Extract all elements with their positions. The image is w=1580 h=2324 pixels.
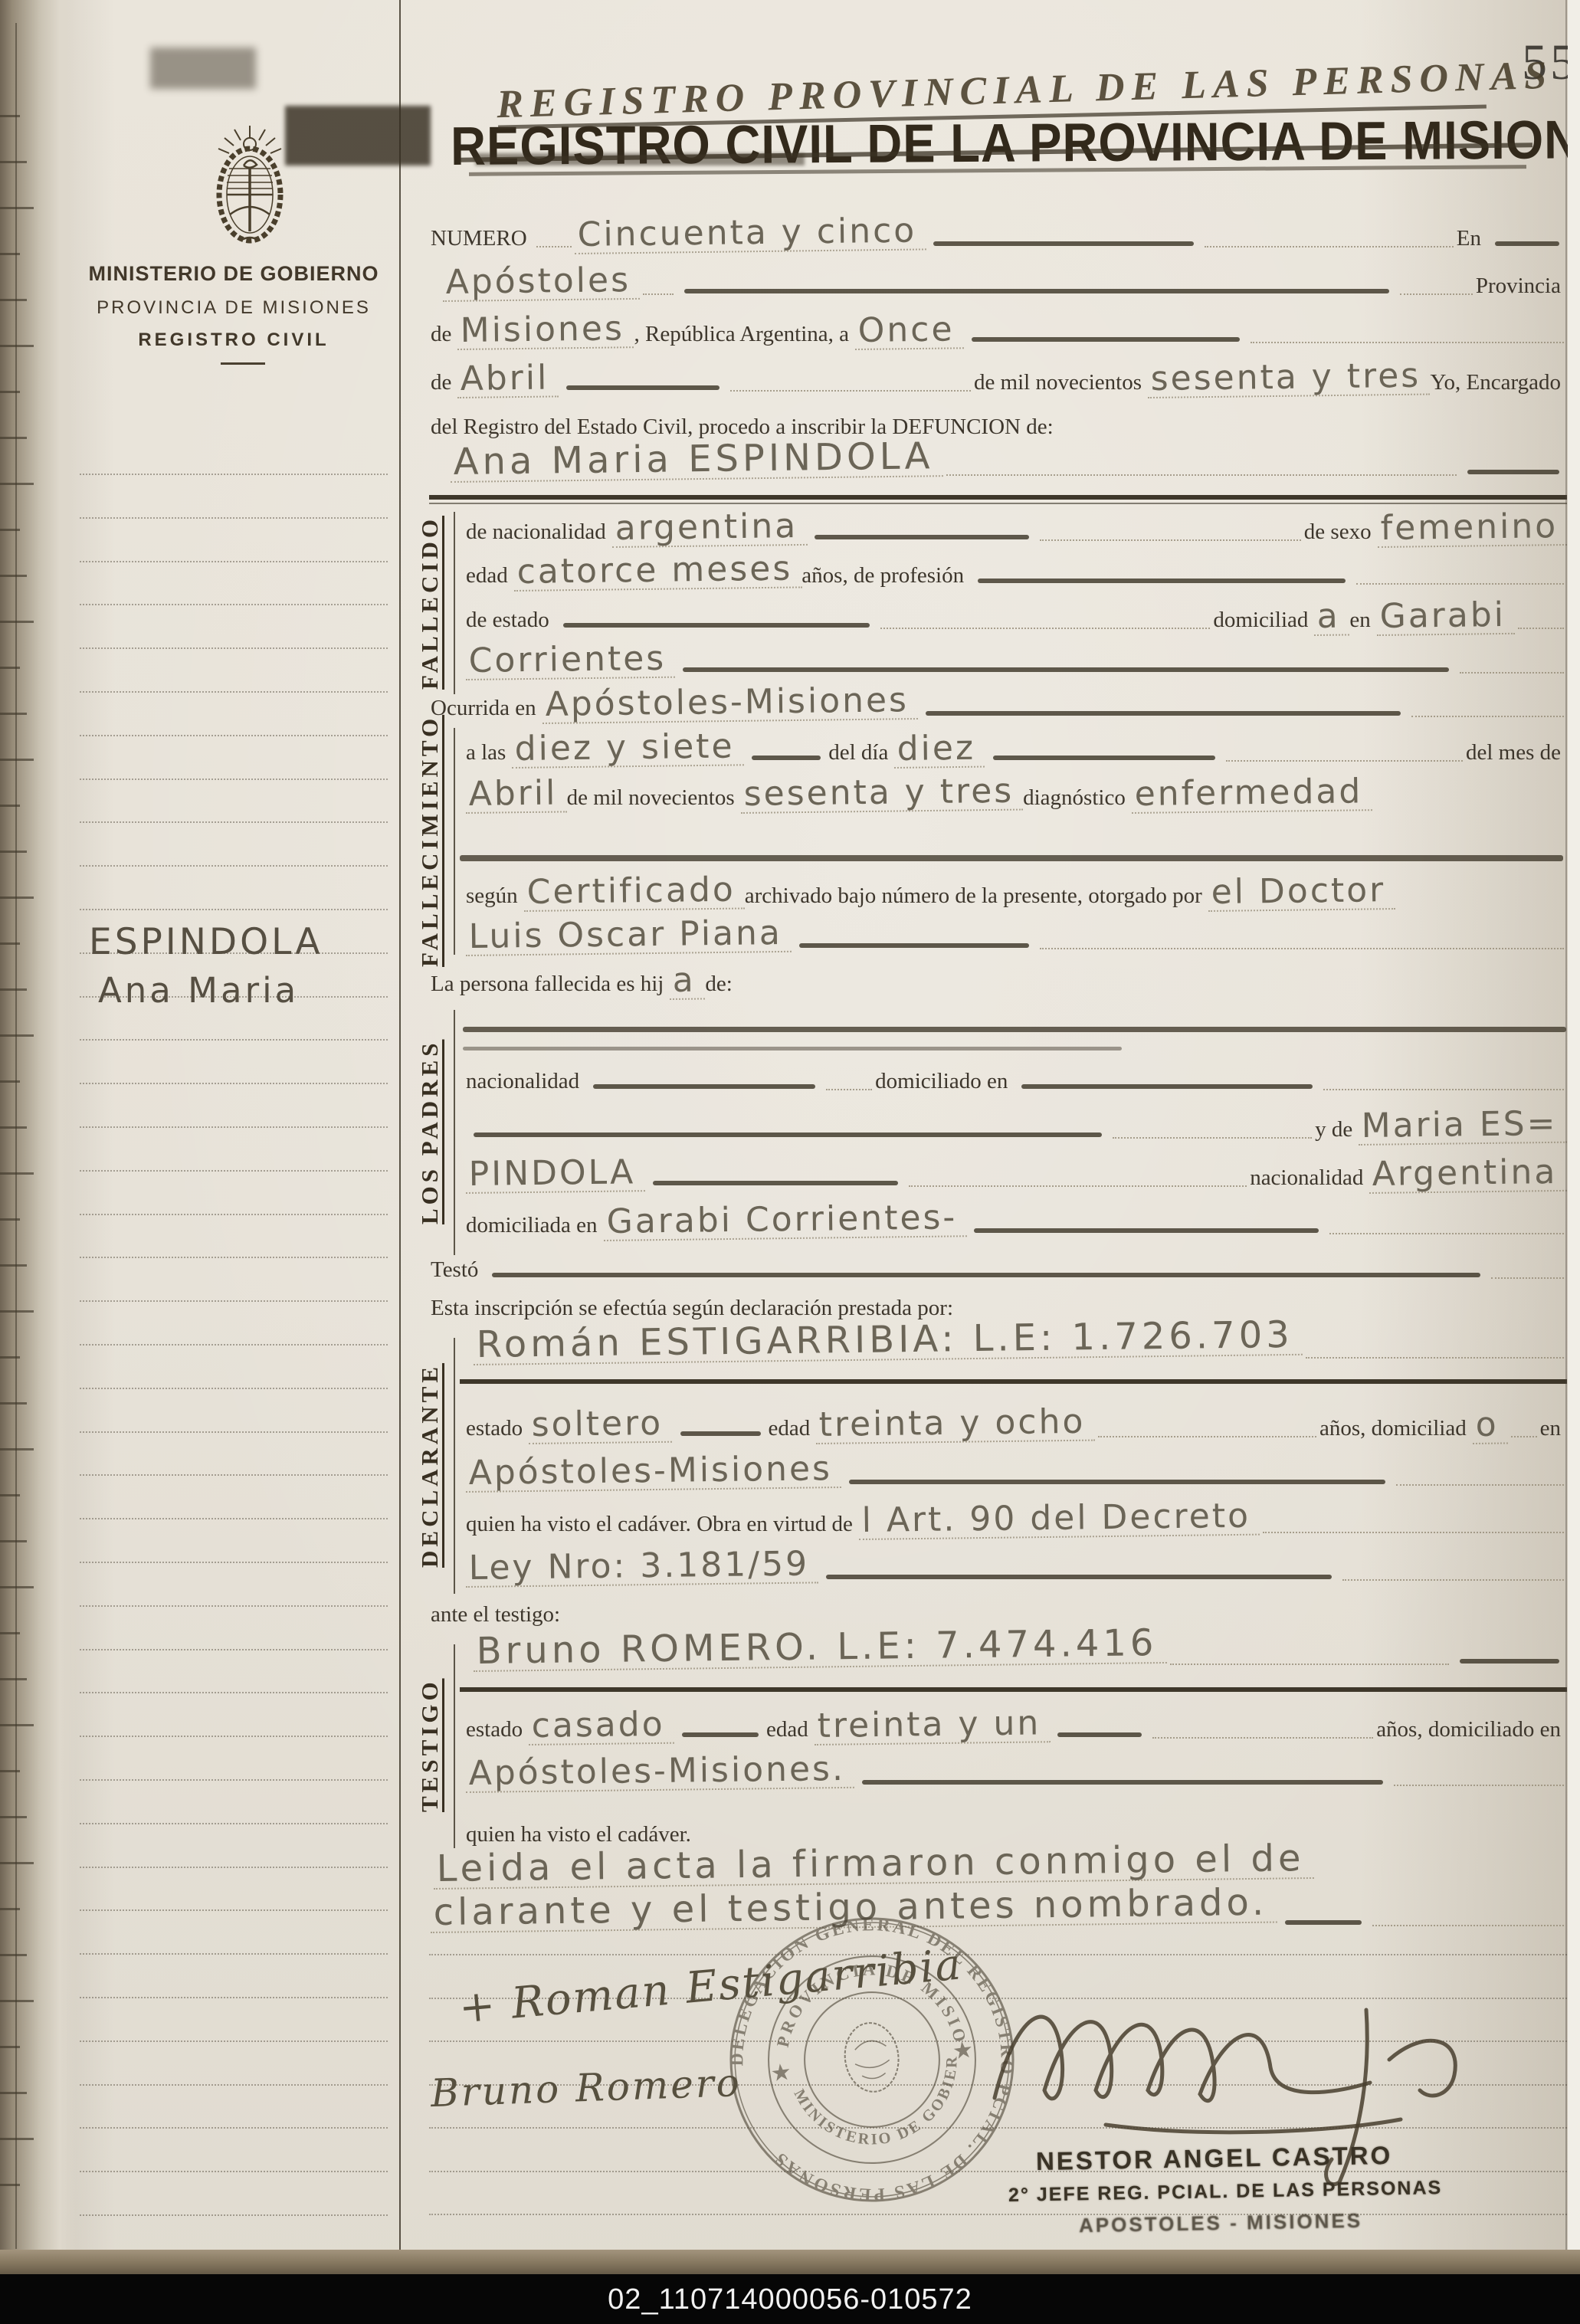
pen-stroke-fill bbox=[926, 711, 1401, 716]
field-row-domicilio2: Corrientes bbox=[466, 638, 1567, 680]
dia-value: diez bbox=[894, 732, 985, 769]
field-row-ley: Ley Nro: 3.181/59 bbox=[466, 1545, 1567, 1588]
hija-de-label: de: bbox=[705, 973, 738, 1000]
sexo-label: de sexo bbox=[1304, 521, 1378, 548]
death-certificate-page: MINISTERIO DE GOBIERNO PROVINCIA DE MISI… bbox=[0, 0, 1580, 2324]
field-row-madre1: y de Maria ES= bbox=[466, 1103, 1567, 1146]
section-rule bbox=[429, 495, 1567, 500]
argentina-coat-of-arms bbox=[204, 120, 296, 251]
seal-star-left: ★ bbox=[771, 2060, 792, 2085]
dotted-fill bbox=[536, 246, 572, 247]
padre-domiciliado-label: domiciliado en bbox=[875, 1070, 1014, 1097]
pen-stroke-fill bbox=[492, 1273, 1480, 1277]
testigo-domiciliado-label: años, domiciliado en bbox=[1376, 1719, 1567, 1745]
declarante-domiciliado-label: años, domiciliad bbox=[1319, 1418, 1473, 1444]
nacionalidad-label: de nacionalidad bbox=[466, 521, 612, 548]
section-rule bbox=[460, 1379, 1567, 1384]
padre-nacionalidad-label: nacionalidad bbox=[466, 1070, 585, 1097]
pen-stroke-fill bbox=[680, 1431, 761, 1436]
segun-label: según bbox=[466, 885, 524, 912]
madre-value-2: PINDOLA bbox=[465, 1155, 644, 1194]
field-row-estado-domicilio: de estado domiciliad a en Garabi bbox=[466, 593, 1567, 636]
field-row-certificado: según Certificado archivado bajo número … bbox=[466, 869, 1567, 912]
testigo-edad-value: treinta y un bbox=[814, 1706, 1050, 1745]
field-row-declarante-domicilio: Apóstoles-Misiones bbox=[466, 1450, 1567, 1493]
declarante-edad-value: treinta y ocho bbox=[816, 1405, 1095, 1444]
hora-label: a las bbox=[466, 742, 512, 769]
ink-smudge bbox=[150, 48, 256, 89]
declarante-en-label: en bbox=[1540, 1418, 1567, 1444]
domiciliad-suffix-value: a bbox=[1314, 599, 1350, 636]
sexo-value: femenino bbox=[1377, 510, 1567, 548]
field-row-edad: edad catorce meses años, de profesión bbox=[466, 549, 1567, 592]
pen-stroke-fill bbox=[972, 337, 1240, 342]
field-row-inscribe: del Registro del Estado Civil, procedo a… bbox=[431, 400, 1567, 443]
dotted-fill bbox=[1518, 628, 1564, 629]
otorgado-value: el Doctor bbox=[1208, 874, 1395, 912]
declarante-nombre-value: Román ESTIGARRIBIA: L.E: 1.726.703 bbox=[473, 1316, 1303, 1365]
dotted-fill bbox=[1306, 1357, 1564, 1359]
hora-value: diez y siete bbox=[512, 729, 744, 769]
ocurrida-label: Ocurrida en bbox=[431, 697, 543, 724]
dotted-fill bbox=[1040, 948, 1564, 949]
dotted-fill bbox=[1411, 716, 1564, 717]
pen-stroke-fill bbox=[1460, 1659, 1559, 1664]
svg-text:MINISTERIO DE GOBIERNO: MINISTERIO DE GOBIERNO bbox=[676, 1863, 971, 2170]
pen-stroke-fill bbox=[593, 1084, 815, 1089]
declarante-estado-label: estado bbox=[466, 1418, 529, 1444]
sidebar-province-label: PROVINCIA DE MISIONES bbox=[77, 297, 391, 319]
section-bracket bbox=[454, 1644, 455, 1848]
seal-inner-bottom-text: MINISTERIO DE GOBIERNO bbox=[676, 1863, 971, 2170]
field-row-madre2: PINDOLA nacionalidad Argentina bbox=[466, 1151, 1567, 1194]
dotted-fill bbox=[1263, 1532, 1564, 1533]
dotted-fill bbox=[1329, 1233, 1564, 1234]
field-row-padre: nacionalidad domiciliado en bbox=[466, 1054, 1567, 1097]
ante-testigo-label: ante el testigo: bbox=[431, 1604, 566, 1631]
pen-stroke-fill bbox=[566, 385, 720, 390]
republica-label: , República Argentina, a bbox=[634, 323, 856, 350]
dotted-fill bbox=[880, 628, 1211, 629]
field-row-city: Apóstoles Provincia bbox=[443, 259, 1567, 302]
dotted-fill bbox=[1511, 1436, 1537, 1437]
madre-value-1: Maria ES= bbox=[1359, 1107, 1567, 1146]
madre-nacionalidad-value: Argentina bbox=[1369, 1155, 1567, 1194]
mes-label: del mes de bbox=[1466, 742, 1567, 769]
dotted-fill bbox=[1226, 760, 1463, 762]
pen-stroke-fill bbox=[653, 1181, 898, 1185]
field-row-testigo-nombre: Bruno ROMERO. L.E: 7.474.416 bbox=[474, 1629, 1567, 1672]
pen-stroke-fill bbox=[1495, 241, 1559, 246]
section-rule bbox=[429, 503, 1567, 504]
archivado-label: archivado bajo número de la presente, ot… bbox=[745, 885, 1208, 912]
sidebar-ministry-label: MINISTERIO DE GOBIERNO bbox=[77, 262, 391, 286]
pen-stroke-fill bbox=[993, 756, 1215, 760]
pen-stroke-blank-line bbox=[460, 855, 1563, 861]
pen-stroke-blank-line bbox=[463, 1047, 1122, 1051]
pen-stroke-fill bbox=[474, 1132, 1102, 1137]
y-de-label: y de bbox=[1315, 1119, 1359, 1146]
pen-stroke-fill bbox=[978, 579, 1346, 583]
domiciliada-label: domiciliada en bbox=[466, 1214, 604, 1241]
dotted-fill bbox=[1460, 672, 1564, 674]
dotted-fill bbox=[1113, 1137, 1312, 1139]
provincia-label: Provincia bbox=[1476, 275, 1567, 302]
dotted-fill bbox=[1152, 1737, 1373, 1739]
field-row-hora-dia: a las diez y siete del día diez del mes … bbox=[466, 726, 1567, 769]
hija-value: a bbox=[670, 963, 706, 1000]
pen-stroke-fill bbox=[862, 1780, 1383, 1785]
pen-stroke-fill bbox=[683, 667, 1449, 672]
de2-label: de bbox=[431, 372, 457, 398]
section-bracket bbox=[454, 1010, 455, 1255]
certificado-value: Certificado bbox=[523, 873, 745, 912]
declarante-cadaver-label: quien ha visto el cadáver. Obra en virtu… bbox=[466, 1513, 859, 1540]
field-row-nacionalidad: de nacionalidad argentina de sexo femeni… bbox=[466, 505, 1567, 548]
domiciliad-label: domiciliad bbox=[1213, 609, 1314, 636]
domicilio-value2: Corrientes bbox=[465, 642, 675, 680]
field-row-madre-domicilio: domiciliada en Garabi Corrientes- bbox=[466, 1198, 1567, 1241]
binding-rule-line bbox=[15, 23, 17, 2249]
section-label-padres: LOS PADRES bbox=[412, 1005, 447, 1258]
day-value: Once bbox=[854, 313, 963, 350]
pen-stroke-blank-line bbox=[463, 1027, 1566, 1032]
madre-domicilio-value: Garabi Corrientes- bbox=[603, 1201, 966, 1241]
numero-value: Cincuenta y cinco bbox=[574, 214, 926, 254]
section-label-fallecimiento: FALLECIMIENTO bbox=[412, 723, 447, 958]
dotted-fill bbox=[1394, 1785, 1564, 1786]
field-row-mes-diagnostico: Abril de mil novecientos sesenta y tres … bbox=[466, 771, 1567, 814]
field-row-testigo-estado: estado casado edad treinta y un años, do… bbox=[466, 1703, 1567, 1745]
novecientos-label: de mil novecientos bbox=[974, 372, 1148, 398]
dotted-fill bbox=[1098, 1436, 1316, 1437]
section-bracket bbox=[454, 1338, 455, 1594]
field-row-province: de Misiones , República Argentina, a Onc… bbox=[431, 307, 1567, 350]
dotted-fill bbox=[1342, 1579, 1564, 1581]
city-value: Apóstoles bbox=[442, 264, 640, 302]
declarante-edad-label: edad bbox=[769, 1418, 817, 1444]
province-value: Misiones bbox=[457, 312, 634, 350]
dotted-fill bbox=[1323, 1089, 1564, 1090]
dotted-fill bbox=[1356, 583, 1564, 585]
pen-stroke-fill bbox=[815, 535, 1029, 539]
page-edge-line bbox=[1565, 0, 1567, 2251]
declarante-domiciliado-suffix: o bbox=[1472, 1408, 1507, 1444]
diagnostico-label: diagnóstico bbox=[1023, 787, 1132, 814]
numero-label: NUMERO bbox=[431, 228, 533, 254]
declarant-mark: + bbox=[457, 1981, 498, 2034]
scan-paper-edge bbox=[0, 2250, 1580, 2274]
pen-stroke-fill bbox=[933, 241, 1194, 246]
field-row-deceased-name: Ana Maria ESPINDOLA bbox=[451, 440, 1567, 483]
ocurrida-value: Apóstoles-Misiones bbox=[542, 683, 918, 724]
field-row-ocurrida: Ocurrida en Apóstoles-Misiones bbox=[431, 681, 1567, 724]
field-row-date: de Abril de mil novecientos sesenta y tr… bbox=[431, 356, 1567, 398]
dotted-fill bbox=[1491, 1277, 1564, 1279]
dotted-fill bbox=[909, 1185, 1247, 1187]
testigo-nombre-value: Bruno ROMERO. L.E: 7.474.416 bbox=[473, 1624, 1166, 1672]
section-rule bbox=[460, 1687, 1567, 1692]
pen-stroke-fill bbox=[849, 1480, 1385, 1484]
year-value: sesenta y tres bbox=[1147, 359, 1430, 398]
margin-note-surname: ESPINDOLA bbox=[89, 921, 323, 963]
hija-label: La persona fallecida es hij bbox=[431, 973, 670, 1000]
section-label-testigo: TESTIGO bbox=[412, 1640, 447, 1851]
field-row-testo: Testó bbox=[431, 1243, 1567, 1286]
pen-stroke-fill bbox=[684, 289, 1389, 293]
dotted-fill bbox=[826, 1089, 872, 1090]
estado-label: de estado bbox=[466, 609, 556, 636]
dotted-fill bbox=[1396, 1484, 1564, 1486]
novecientos-label: de mil novecientos bbox=[567, 787, 741, 814]
en-label: en bbox=[1349, 609, 1376, 636]
madre-nacionalidad-label: nacionalidad bbox=[1250, 1167, 1369, 1194]
declarante-estado-value: soltero bbox=[529, 1407, 673, 1444]
anio-value: sesenta y tres bbox=[740, 775, 1023, 814]
ley-value: Ley Nro: 3.181/59 bbox=[465, 1547, 818, 1588]
profesion-label: años, de profesión bbox=[801, 565, 970, 592]
officer-place-stamp: APOSTOLES - MISIONES bbox=[1079, 2209, 1363, 2237]
pen-stroke-fill bbox=[974, 1228, 1319, 1233]
mes-value: Abril bbox=[465, 776, 566, 814]
pen-stroke-fill bbox=[563, 623, 870, 628]
de-label: de bbox=[431, 323, 457, 350]
month-value: Abril bbox=[457, 361, 559, 398]
scan-code-text: 02_110714000056-010572 bbox=[0, 2283, 1580, 2316]
section-label-declarante: DECLARANTE bbox=[412, 1333, 447, 1597]
field-row-hija: La persona fallecida es hij a de: bbox=[431, 957, 1567, 1000]
pen-stroke-fill bbox=[799, 943, 1029, 948]
field-row-virtud: quien ha visto el cadáver. Obra en virtu… bbox=[466, 1497, 1567, 1540]
field-row-declarante-nombre: Román ESTIGARRIBIA: L.E: 1.726.703 bbox=[474, 1323, 1567, 1365]
pen-stroke-fill bbox=[752, 756, 821, 760]
pen-stroke-fill bbox=[1057, 1732, 1142, 1737]
pen-stroke-fill bbox=[682, 1732, 759, 1737]
margin-note-givenname: Ana Maria bbox=[98, 970, 299, 1011]
doctor-value: Luis Oscar Piana bbox=[465, 916, 792, 956]
seal-star-right: ★ bbox=[952, 2037, 973, 2063]
pen-stroke-fill bbox=[1467, 470, 1559, 474]
edad-label: edad bbox=[466, 565, 514, 592]
virtud-value: l Art. 90 del Decreto bbox=[858, 1500, 1260, 1540]
field-row-numero: NUMERO Cincuenta y cinco En bbox=[431, 211, 1567, 254]
deceased-name-value: Ana Maria ESPINDOLA bbox=[450, 438, 942, 483]
page-edge-strip bbox=[1568, 0, 1580, 2274]
field-row-declarante-estado: estado soltero edad treinta y ocho años,… bbox=[466, 1401, 1567, 1444]
encargado-label: Yo, Encargado bbox=[1430, 372, 1567, 398]
nacionalidad-value: argentina bbox=[611, 510, 807, 548]
book-binding-edge bbox=[0, 0, 77, 2274]
testigo-estado-label: estado bbox=[466, 1719, 529, 1745]
pen-stroke-fill bbox=[826, 1575, 1332, 1579]
dotted-fill bbox=[1040, 539, 1301, 541]
dia-label: del día bbox=[828, 742, 894, 769]
en-label: En bbox=[1457, 228, 1487, 254]
field-row-doctor: Luis Oscar Piana bbox=[466, 913, 1567, 956]
domicilio-value: Garabi bbox=[1376, 598, 1515, 636]
dotted-fill bbox=[730, 390, 971, 392]
testigo-estado-value: casado bbox=[529, 1708, 674, 1745]
testigo-edad-label: edad bbox=[766, 1719, 815, 1745]
section-label-fallecido: FALLECIDO bbox=[412, 507, 447, 697]
margin-ruled-lines bbox=[80, 474, 388, 2228]
margin-divider-line bbox=[399, 0, 401, 2251]
pen-stroke-fill bbox=[1285, 1920, 1362, 1925]
ink-smudge bbox=[285, 106, 431, 166]
officer-name-stamp: NESTOR ANGEL CASTRO bbox=[1036, 2141, 1393, 2176]
declarante-domicilio-value: Apóstoles-Misiones bbox=[465, 1452, 841, 1493]
dotted-fill bbox=[1205, 246, 1454, 247]
pen-stroke-fill bbox=[1021, 1084, 1313, 1089]
dotted-fill bbox=[1251, 342, 1564, 343]
diagnostico-value: enfermedad bbox=[1131, 775, 1372, 814]
dotted-fill bbox=[946, 474, 1457, 476]
dotted-fill bbox=[1372, 1925, 1564, 1926]
dotted-fill bbox=[643, 293, 674, 295]
sidebar-office-label: REGISTRO CIVIL bbox=[77, 329, 391, 351]
field-row-testigo-domicilio: Apóstoles-Misiones. bbox=[466, 1750, 1567, 1793]
section-bracket bbox=[454, 728, 455, 955]
section-bracket bbox=[454, 512, 455, 694]
testigo-domicilio-value: Apóstoles-Misiones. bbox=[465, 1752, 854, 1793]
dotted-fill bbox=[1400, 293, 1473, 295]
dotted-fill bbox=[1170, 1664, 1449, 1665]
sidebar-dash bbox=[221, 362, 265, 365]
edad-value: catorce meses bbox=[513, 552, 801, 592]
